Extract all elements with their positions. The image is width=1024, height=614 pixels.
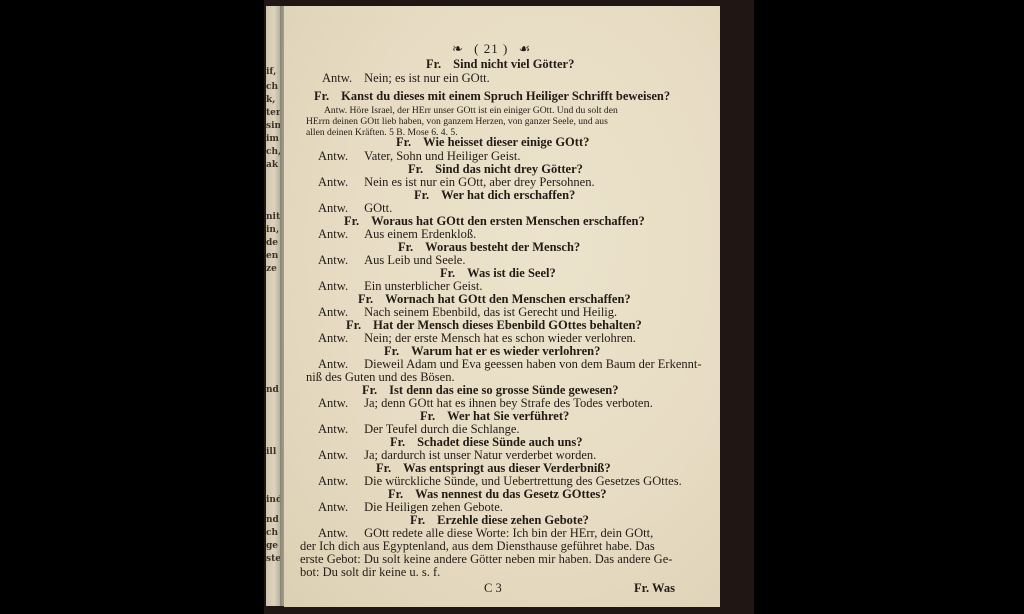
answer-label: Antw. <box>318 449 348 462</box>
question-text: Sind nicht viel Götter? <box>453 57 574 71</box>
answer-text: Nein; der erste Mensch hat es schon wied… <box>364 331 636 345</box>
question-label: Fr. <box>414 189 429 202</box>
page-header: ❧ ( 21 ) ☙ <box>452 42 531 55</box>
prev-page-fragment: in, <box>266 224 279 237</box>
answer-text: Aus einem Erdenkloß. <box>364 227 476 241</box>
question-text: Erzehle diese zehen Gebote? <box>437 513 589 527</box>
question-text: Wer hat dich erschaffen? <box>441 188 575 202</box>
header-ornament-right-icon: ☙ <box>519 41 532 56</box>
prev-page-fragment: k, <box>266 94 275 107</box>
answer-text: Ja; denn GOtt hat es ihnen bey Strafe de… <box>364 396 653 410</box>
answer-text: Aus Leib und Seele. <box>364 253 465 267</box>
prev-page-fragment: nd <box>266 514 279 527</box>
answer-label: Antw. <box>318 397 348 410</box>
prev-page-fragment: nit <box>266 211 280 224</box>
prev-page-fragment: ten <box>266 107 280 120</box>
question-text: Woraus hat GOtt den ersten Menschen ersc… <box>371 214 645 228</box>
answer-text: Die würckliche Sünde, und Uebertrettung … <box>364 474 682 488</box>
question-label: Fr. <box>346 319 361 332</box>
question-label: Fr. <box>314 90 329 103</box>
prev-page-fragment: if, <box>266 66 276 79</box>
question-text: Hat der Mensch dieses Ebenbild GOttes be… <box>373 318 642 332</box>
question-text: Warum hat er es wieder verlohren? <box>411 344 600 358</box>
answer-text: Dieweil Adam und Eva geessen haben von d… <box>364 357 701 371</box>
header-ornament-left-icon: ❧ <box>452 41 464 56</box>
answer-label: Antw. <box>318 306 348 319</box>
prev-page-fragment: ze <box>266 263 277 276</box>
answer-line-small: Antw. Höre Israel, der HErr unser GOtt i… <box>324 105 618 116</box>
question-label: Fr. <box>396 136 411 149</box>
question-text: Was entspringt aus dieser Verderbniß? <box>403 461 610 475</box>
answer-text: Die Heiligen zehen Gebote. <box>364 500 503 514</box>
answer-label: Antw. <box>318 501 348 514</box>
question-text: Schadet diese Sünde auch uns? <box>417 435 582 449</box>
answer-text: Nach seinem Ebenbild, das ist Gerecht un… <box>364 305 617 319</box>
answer-label: Antw. <box>318 332 348 345</box>
question-line: Fr.Wer hat dich erschaffen? <box>414 189 575 202</box>
question-text: Was ist die Seel? <box>467 266 556 280</box>
question-text: Woraus besteht der Mensch? <box>425 240 580 254</box>
prev-page-fragment: nd <box>266 384 279 397</box>
prev-page-fragment: ch <box>266 527 278 540</box>
page-text: ❧ ( 21 ) ☙ Fr.Sind nicht viel Götter? An… <box>284 6 720 607</box>
page-number: ( 21 ) <box>474 41 508 56</box>
prev-page-fragment: ch, <box>266 146 280 159</box>
answer-continuation: bot: Du solt dir keine u. s. f. <box>300 566 440 579</box>
prev-page-fragment: ste <box>266 553 280 566</box>
answer-label: Antw. <box>318 228 348 241</box>
answer-text: Ein unsterblicher Geist. <box>364 279 482 293</box>
prev-page-fragment: ak <box>266 159 278 172</box>
prev-page-fragment: de <box>266 237 278 250</box>
answer-label: Antw. <box>318 254 348 267</box>
question-text: Sind das nicht drey Götter? <box>435 162 583 176</box>
prev-page-fragment: im <box>266 133 279 146</box>
answer-label: Antw. <box>318 280 348 293</box>
prev-page-fragment: sind <box>266 120 280 133</box>
answer-label: Antw. <box>318 176 348 189</box>
signature-mark: C 3 <box>484 582 502 595</box>
question-line: Fr.Kanst du dieses mit einem Spruch Heil… <box>314 90 670 103</box>
prev-page-fragment: en <box>266 250 278 263</box>
answer-label: Antw. <box>318 423 348 436</box>
previous-page-edge: if, ch k, ten sind im ch, ak nit in, de … <box>266 6 280 606</box>
prev-page-fragment: ill <box>266 446 276 459</box>
question-line: Fr.Sind nicht viel Götter? <box>426 58 574 71</box>
question-text: Wer hat Sie verführet? <box>447 409 569 423</box>
question-text: Ist denn das eine so grosse Sünde gewese… <box>389 383 618 397</box>
answer-text: Ja; dardurch ist unser Natur verderbet w… <box>364 448 596 462</box>
question-text: Wie heisset dieser einige GOtt? <box>423 135 589 149</box>
answer-text: Vater, Sohn und Heiliger Geist. <box>364 149 520 163</box>
catchword: Fr. Was <box>634 582 675 595</box>
book-page: ❧ ( 21 ) ☙ Fr.Sind nicht viel Götter? An… <box>284 6 720 607</box>
answer-label: Antw. <box>318 150 348 163</box>
prev-page-fragment: ge <box>266 540 278 553</box>
answer-text: GOtt. <box>364 201 392 215</box>
answer-text: Der Teufel durch die Schlange. <box>364 422 519 436</box>
answer-text: Nein es ist nur ein GOtt, aber drey Pers… <box>364 175 595 189</box>
question-text: Was nennest du das Gesetz GOttes? <box>415 487 606 501</box>
question-text: Wornach hat GOtt den Menschen erschaffen… <box>385 292 630 306</box>
answer-text: GOtt redete alle diese Worte: Ich bin de… <box>364 526 653 540</box>
answer-label: Antw. <box>322 72 352 85</box>
question-line: Fr.Wie heisset dieser einige GOtt? <box>396 136 589 149</box>
answer-text: Nein; es ist nur ein GOtt. <box>364 71 490 85</box>
question-text: Kanst du dieses mit einem Spruch Heilige… <box>341 89 670 103</box>
prev-page-fragment: ch <box>266 81 278 94</box>
prev-page-fragment: ind <box>266 494 280 507</box>
answer-continuation-small: HErrn deinen GOtt lieb haben, von ganzem… <box>306 116 608 127</box>
question-label: Fr. <box>426 58 441 71</box>
answer-label: Antw. <box>318 475 348 488</box>
answer-line: Antw.Nein; es ist nur ein GOtt. <box>322 72 490 85</box>
